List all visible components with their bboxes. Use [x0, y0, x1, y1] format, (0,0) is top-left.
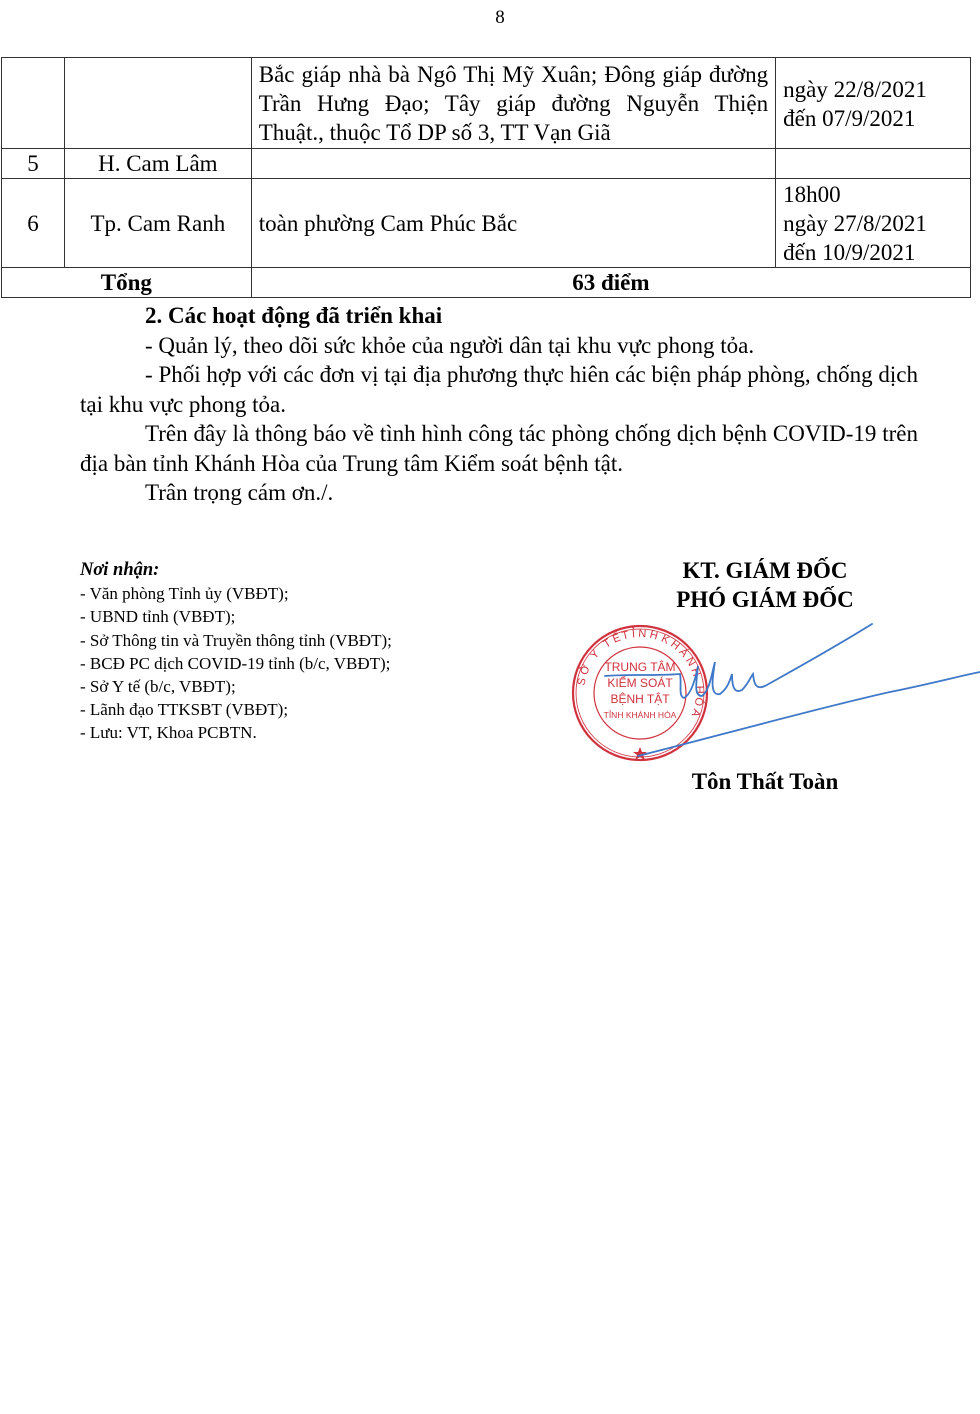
recipient-item: - Lưu: VT, Khoa PCBTN. [80, 721, 392, 744]
cell-stt: 5 [2, 149, 65, 179]
cell-time [776, 149, 971, 179]
cell-location: Tp. Cam Ranh [64, 179, 251, 268]
lockdown-areas-table: Bắc giáp nhà bà Ngô Thị Mỹ Xuân; Đông gi… [1, 57, 971, 298]
signer-title-line1: KT. GIÁM ĐỐC [620, 556, 910, 585]
time-line: đến 07/9/2021 [783, 104, 963, 133]
section-heading: 2. Các hoạt động đã triển khai [80, 301, 918, 331]
cell-stt [2, 58, 65, 149]
recipients-title: Nơi nhận: [80, 559, 392, 582]
recipient-item: - UBND tỉnh (VBĐT); [80, 605, 392, 628]
cell-area [251, 149, 775, 179]
activity-item: - Phối hợp với các đơn vị tại địa phương… [80, 360, 918, 419]
recipient-item: - Sở Thông tin và Truyền thông tỉnh (VBĐ… [80, 629, 392, 652]
time-line: đến 10/9/2021 [783, 238, 963, 267]
table-row: Bắc giáp nhà bà Ngô Thị Mỹ Xuân; Đông gi… [2, 58, 971, 149]
activity-item: - Quản lý, theo dõi sức khỏe của người d… [80, 331, 918, 361]
total-label: Tổng [2, 268, 252, 298]
recipients-block: Nơi nhận: - Văn phòng Tỉnh ủy (VBĐT); - … [80, 559, 392, 745]
total-value: 63 điểm [251, 268, 970, 298]
table-total-row: Tổng 63 điểm [2, 268, 971, 298]
cell-area: Bắc giáp nhà bà Ngô Thị Mỹ Xuân; Đông gi… [251, 58, 775, 149]
cell-time: ngày 22/8/2021 đến 07/9/2021 [776, 58, 971, 149]
recipient-item: - Sở Y tế (b/c, VBĐT); [80, 675, 392, 698]
table-row: 6 Tp. Cam Ranh toàn phường Cam Phúc Bắc … [2, 179, 971, 268]
recipient-item: - Văn phòng Tỉnh ủy (VBĐT); [80, 582, 392, 605]
cell-location [64, 58, 251, 149]
table-row: 5 H. Cam Lâm [2, 149, 971, 179]
time-line: ngày 22/8/2021 [783, 75, 963, 104]
time-line: 18h00 [783, 180, 963, 209]
cell-location: H. Cam Lâm [64, 149, 251, 179]
signer-name: Tôn Thất Toàn [620, 769, 910, 795]
closing-paragraph: Trên đây là thông báo về tình hình công … [80, 419, 918, 478]
recipient-item: - BCĐ PC dịch COVID-19 tỉnh (b/c, VBĐT); [80, 652, 392, 675]
cell-stt: 6 [2, 179, 65, 268]
handwritten-signature-icon [560, 610, 980, 770]
cell-time: 18h00 ngày 27/8/2021 đến 10/9/2021 [776, 179, 971, 268]
recipient-item: - Lãnh đạo TTKSBT (VBĐT); [80, 698, 392, 721]
section-activities: 2. Các hoạt động đã triển khai - Quản lý… [80, 301, 918, 508]
page-number: 8 [0, 7, 980, 29]
cell-area: toàn phường Cam Phúc Bắc [251, 179, 775, 268]
thanks-line: Trân trọng cám ơn./. [80, 478, 918, 508]
signer-title-block: KT. GIÁM ĐỐC PHÓ GIÁM ĐỐC [620, 556, 910, 614]
time-line: ngày 27/8/2021 [783, 209, 963, 238]
